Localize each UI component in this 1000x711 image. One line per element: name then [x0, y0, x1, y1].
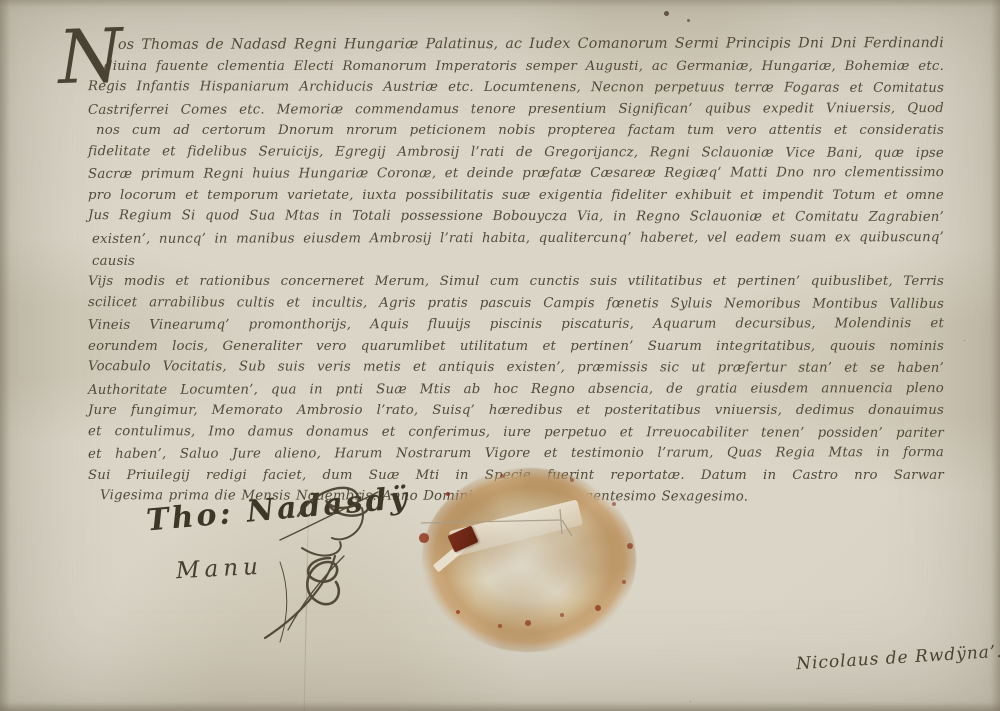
manuscript-line: Regis Infantis Hispaniarum Archiducis Au…	[88, 76, 944, 99]
paper-edge-bottom	[0, 702, 1000, 711]
paper-edge-top	[0, 0, 1000, 7]
manuscript-text-block: os Thomas de Nadasd Regni Hungariæ Palat…	[88, 34, 944, 508]
manuscript-line: nos cum ad certorum Dnorum nrorum petici…	[88, 120, 944, 142]
manuscript-line: Castriferrei Comes etc. Memoriæ commenda…	[88, 98, 944, 121]
paper-edge-right	[991, 0, 1000, 711]
manuscript-line: Authoritate Locumten’, qua in pnti Suæ M…	[88, 378, 944, 401]
ink-specks	[664, 11, 669, 16]
archivist-note: Nicolaus de Rwdÿna’.	[796, 642, 1000, 675]
manuscript-photo: N os Thomas de Nadasd Regni Hungariæ Pal…	[0, 0, 1000, 711]
manuscript-line: os Thomas de Nadasd Regni Hungariæ Palat…	[88, 33, 944, 56]
manuscript-line: Vocabulo Vocitatis, Sub suis veris metis…	[88, 356, 944, 379]
manuscript-line: et haben’, Saluo Jure alieno, Harum Nost…	[88, 442, 944, 465]
manuscript-line: pro locorum et temporum varietate, iuxta…	[88, 185, 944, 207]
manuscript-line: Vineis Vinearumq’ promonthorijs, Aquis f…	[88, 313, 944, 336]
manuscript-line: existen’, nuncq’ in manibus eiusdem Ambr…	[88, 227, 944, 272]
manuscript-line: Sacræ primum Regni huius Hungariæ Coronæ…	[88, 162, 944, 185]
manuscript-line: Jure fungimur, Memorato Ambrosio l’rato,…	[88, 400, 944, 422]
manuscript-line: scilicet arrabilibus cultis et incultis,…	[88, 292, 944, 315]
signature-flourish	[130, 478, 410, 658]
seal-red-speckles	[446, 492, 450, 496]
manuscript-line: Vijs modis et rationibus concerneret Mer…	[88, 271, 944, 293]
manuscript-line: et contulimus, Imo damus donamus et conf…	[88, 421, 944, 444]
wax-seal	[422, 468, 636, 652]
paper-edge-left	[0, 0, 10, 711]
manuscript-line: eorundem locis, Generaliter vero quaruml…	[88, 336, 944, 358]
manuscript-line: Jus Regium Si quod Sua Mtas in Totali po…	[88, 205, 944, 228]
manuscript-line: fidelitate et fidelibus Seruicijs, Egreg…	[88, 141, 944, 164]
seal-string	[412, 500, 592, 550]
manuscript-line: diuina fauente clementia Electi Romanoru…	[88, 56, 944, 78]
